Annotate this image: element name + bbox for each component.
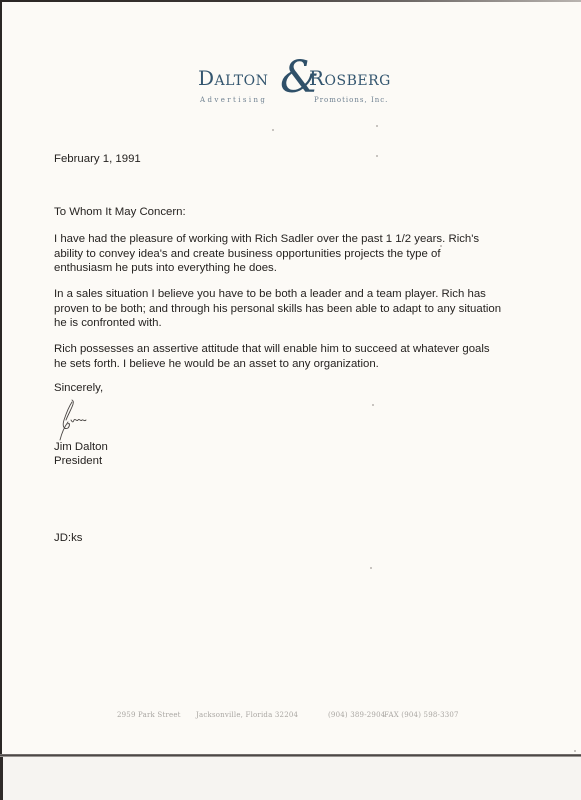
footer-phone: (904) 389-2904 [328,711,385,719]
scan-speck [574,750,576,752]
paragraph-line: he is confronted with. [54,316,501,331]
signer-name: Jim Dalton [54,440,108,455]
scan-speck [376,125,378,127]
footer-fax: FAX (904) 598-3307 [384,711,459,719]
scan-edge-top [0,0,581,2]
logo-name-left: Dalton [198,66,268,90]
letter-date: February 1, 1991 [54,152,141,167]
paragraph-line: he sets forth. I believe he would be an … [54,357,490,372]
logo-tagline-left: Advertising [200,96,267,104]
letter-paragraph-2: In a sales situation I believe you have … [54,287,501,331]
paragraph-line: enthusiasm he puts into everything he do… [54,261,479,276]
logo-tagline-right: Promotions, Inc. [314,96,388,104]
scanner-bed [0,757,581,800]
footer-street: 2959 Park Street [117,711,181,719]
letter-paragraph-3: Rich possesses an assertive attitude tha… [54,342,490,371]
scan-speck [376,155,378,157]
paragraph-line: ability to convey idea's and create busi… [54,247,479,262]
paragraph-line: Rich possesses an assertive attitude tha… [54,342,490,357]
scanner-bed-edge [0,757,3,800]
paragraph-line: In a sales situation I believe you have … [54,287,501,302]
company-logo: Dalton & Rosberg Advertising Promotions,… [196,62,396,112]
handwritten-signature [56,398,106,443]
signer-title: President [54,454,102,469]
scan-speck [272,129,274,131]
reference-initials: JD:ks [54,531,82,546]
scanned-letter-page: Dalton & Rosberg Advertising Promotions,… [0,0,581,800]
scan-speck [370,567,372,569]
scan-speck [440,245,442,247]
paragraph-line: proven to be both; and through his perso… [54,302,501,317]
letter-salutation: To Whom It May Concern: [54,205,186,220]
logo-name-right: Rosberg [309,66,391,90]
letter-paragraph-1: I have had the pleasure of working with … [54,232,479,276]
footer-city: Jacksonville, Florida 32204 [196,711,298,719]
scan-edge-left [0,0,2,800]
paragraph-line: I have had the pleasure of working with … [54,232,479,247]
scan-speck [372,404,374,406]
letter-closing: Sincerely, [54,381,103,396]
